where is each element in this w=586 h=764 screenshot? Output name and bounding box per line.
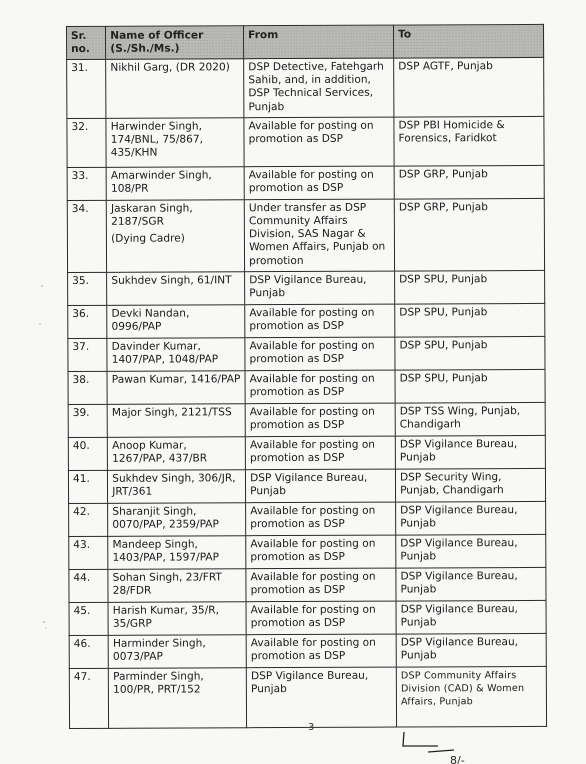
cell-from: Available for posting on promotion as DS… — [245, 337, 395, 371]
table-row: 44.Sohan Singh, 23/FRT 28/FDRAvailable f… — [69, 567, 546, 602]
table-row: 34.Jaskaran Singh, 2187/SGR(Dying Cadre)… — [67, 198, 544, 272]
signature-text: 8/- — [450, 754, 465, 764]
cell-from: Available for posting on promotion as DS… — [246, 502, 396, 536]
header-to: To — [394, 24, 544, 58]
cell-to: DSP Vigilance Bureau, Punjab — [396, 600, 546, 634]
cell-officer-name: Mandeep Singh, 1403/PAP, 1597/PAP — [108, 536, 246, 570]
cell-from: Available for posting on promotion as DS… — [246, 601, 396, 635]
cell-sr-no: 47. — [69, 668, 108, 728]
cell-officer-name: Harminder Singh, 0073/PAP — [108, 635, 246, 669]
cell-to: DSP SPU, Punjab — [395, 303, 545, 337]
cell-from: DSP Detective, Fatehgarh Sahib, and, in … — [244, 58, 394, 117]
table-row: 46.Harminder Singh, 0073/PAPAvailable fo… — [69, 633, 546, 668]
officer-name: Sharanjit Singh, 0070/PAP, 2359/PAP — [112, 505, 219, 531]
officer-name: Sohan Singh, 23/FRT 28/FDR — [113, 571, 222, 597]
cell-officer-name: Sohan Singh, 23/FRT 28/FDR — [108, 569, 246, 603]
cell-from: DSP Vigilance Bureau, Punjab — [246, 667, 396, 728]
table-row: 33.Amarwinder Singh, 108/PRAvailable for… — [67, 165, 544, 200]
cell-officer-name: Sharanjit Singh, 0070/PAP, 2359/PAP — [108, 503, 246, 537]
cell-to: DSP SPU, Punjab — [395, 270, 545, 304]
cell-from: Available for posting on promotion as DS… — [245, 403, 395, 437]
cell-from: Available for posting on promotion as DS… — [244, 117, 394, 167]
cell-sr-no: 42. — [69, 503, 108, 536]
cell-from: Available for posting on promotion as DS… — [246, 634, 396, 668]
table-row: 43.Mandeep Singh, 1403/PAP, 1597/PAPAvai… — [69, 534, 546, 569]
cell-officer-name: Harwinder Singh, 174/BNL, 75/867, 435/KH… — [106, 118, 244, 168]
header-from: From — [244, 25, 394, 59]
table-row: 47.Parminder Singh, 100/PR, PRT/152DSP V… — [69, 666, 546, 728]
cell-from: Available for posting on promotion as DS… — [246, 535, 396, 569]
cell-sr-no: 35. — [68, 272, 107, 305]
cell-sr-no: 44. — [69, 569, 108, 602]
cell-from: Available for posting on promotion as DS… — [244, 166, 394, 200]
cell-sr-no: 31. — [67, 59, 106, 118]
cell-to: DSP AGTF, Punjab — [394, 57, 544, 116]
table-header-row: Sr. no. Name of Officer (S./Sh./Ms.) Fro… — [67, 24, 544, 59]
officer-name: Amarwinder Singh, 108/PR — [111, 169, 212, 195]
cell-from: Available for posting on promotion as DS… — [245, 436, 395, 470]
officer-name: Devki Nandan, 0996/PAP — [111, 307, 189, 333]
cell-sr-no: 38. — [68, 371, 107, 404]
cell-from: Available for posting on promotion as DS… — [245, 304, 395, 338]
cell-sr-no: 37. — [68, 338, 107, 371]
transfer-table: Sr. no. Name of Officer (S./Sh./Ms.) Fro… — [66, 24, 547, 729]
cell-officer-name: Anoop Kumar, 1267/PAP, 437/BR — [108, 437, 246, 471]
cell-officer-name: Devki Nandan, 0996/PAP — [107, 305, 245, 339]
cell-to: DSP GRP, Punjab — [394, 198, 544, 271]
cell-sr-no: 36. — [68, 305, 107, 338]
officer-name: Davinder Kumar, 1407/PAP, 1048/PAP — [112, 340, 219, 366]
cell-from: DSP Vigilance Bureau, Punjab — [245, 271, 395, 305]
table-row: 36.Devki Nandan, 0996/PAPAvailable for p… — [68, 303, 545, 338]
cell-officer-name: Jaskaran Singh, 2187/SGR(Dying Cadre) — [106, 200, 244, 273]
officer-name: Pawan Kumar, 1416/PAP — [112, 373, 241, 386]
cell-from: Available for posting on promotion as DS… — [246, 568, 396, 602]
cell-to: DSP Vigilance Bureau, Punjab — [396, 567, 546, 601]
cell-from: Under transfer as DSP Community Affairs … — [244, 199, 394, 272]
table-row: 40.Anoop Kumar, 1267/PAP, 437/BRAvailabl… — [68, 435, 545, 470]
officer-name: Sukhdev Singh, 61/INT — [111, 274, 231, 287]
table-row: 35.Sukhdev Singh, 61/INTDSP Vigilance Bu… — [68, 270, 545, 305]
cell-to: DSP PBI Homicide & Forensics, Faridkot — [394, 116, 544, 166]
cell-officer-name: Nikhil Garg, (DR 2020) — [106, 59, 244, 118]
table-body: 31.Nikhil Garg, (DR 2020)DSP Detective, … — [67, 57, 547, 728]
officer-name: Sukhdev Singh, 306/JR, JRT/361 — [112, 472, 235, 498]
officer-name: Anoop Kumar, 1267/PAP, 437/BR — [112, 439, 207, 465]
table-row: 45.Harish Kumar, 35/R, 35/GRPAvailable f… — [69, 600, 546, 635]
officer-name: Parminder Singh, 100/PR, PRT/152 — [113, 670, 204, 696]
cell-to: DSP Vigilance Bureau, Punjab — [395, 435, 545, 469]
cell-officer-name: Pawan Kumar, 1416/PAP — [107, 371, 245, 405]
cell-to: DSP TSS Wing, Punjab, Chandigarh — [395, 402, 545, 436]
officer-name: Nikhil Garg, (DR 2020) — [110, 61, 229, 74]
officer-name: Harish Kumar, 35/R, 35/GRP — [113, 604, 219, 630]
cell-to: DSP Vigilance Bureau, Punjab — [396, 534, 546, 568]
table-row: 31.Nikhil Garg, (DR 2020)DSP Detective, … — [67, 57, 544, 118]
table-row: 38.Pawan Kumar, 1416/PAPAvailable for po… — [68, 369, 545, 404]
header-officer-name: Name of Officer (S./Sh./Ms.) — [106, 26, 244, 60]
cell-officer-name: Davinder Kumar, 1407/PAP, 1048/PAP — [107, 338, 245, 372]
cell-sr-no: 43. — [69, 536, 108, 569]
document-page: Sr. no. Name of Officer (S./Sh./Ms.) Fro… — [0, 0, 586, 764]
cell-sr-no: 33. — [67, 167, 106, 200]
cell-to: DSP Vigilance Bureau, Punjab — [396, 501, 546, 535]
cell-sr-no: 46. — [69, 635, 108, 668]
signature-mark: 8/- — [398, 728, 498, 764]
cell-to: DSP Security Wing, Punjab, Chandigarh — [395, 468, 545, 502]
cell-sr-no: 39. — [68, 404, 107, 437]
header-sr-no: Sr. no. — [67, 26, 106, 59]
cell-from: DSP Vigilance Bureau, Punjab — [246, 469, 396, 503]
cell-sr-no: 45. — [69, 602, 108, 635]
cell-to: DSP SPU, Punjab — [395, 369, 545, 403]
table-row: 41.Sukhdev Singh, 306/JR, JRT/361DSP Vig… — [68, 468, 545, 503]
officer-name: Harminder Singh, 0073/PAP — [113, 637, 206, 663]
cell-sr-no: 34. — [67, 200, 107, 272]
cell-officer-name: Sukhdev Singh, 61/INT — [107, 272, 245, 306]
officer-name: Major Singh, 2121/TSS — [112, 406, 232, 419]
table-row: 32.Harwinder Singh, 174/BNL, 75/867, 435… — [67, 116, 544, 167]
cell-sr-no: 40. — [68, 437, 107, 470]
cell-officer-name: Parminder Singh, 100/PR, PRT/152 — [109, 668, 247, 729]
cell-to: DSP Community Affairs Division (CAD) & W… — [396, 666, 546, 727]
cell-officer-name: Harish Kumar, 35/R, 35/GRP — [108, 602, 246, 636]
cell-sr-no: 32. — [67, 118, 106, 167]
cell-to: DSP GRP, Punjab — [394, 165, 544, 199]
officer-name: Harwinder Singh, 174/BNL, 75/867, 435/KH… — [111, 120, 203, 159]
cell-from: Available for posting on promotion as DS… — [245, 370, 395, 404]
cell-officer-name: Major Singh, 2121/TSS — [107, 404, 245, 438]
officer-name: Mandeep Singh, 1403/PAP, 1597/PAP — [112, 538, 219, 564]
cell-to: DSP SPU, Punjab — [395, 336, 545, 370]
cell-officer-name: Amarwinder Singh, 108/PR — [106, 167, 244, 201]
officer-name: Jaskaran Singh, 2187/SGR — [111, 202, 193, 228]
table-row: 37.Davinder Kumar, 1407/PAP, 1048/PAPAva… — [68, 336, 545, 371]
cell-sr-no: 41. — [68, 470, 107, 503]
table-row: 42.Sharanjit Singh, 0070/PAP, 2359/PAPAv… — [69, 501, 546, 536]
cell-officer-name: Sukhdev Singh, 306/JR, JRT/361 — [108, 470, 246, 504]
table-row: 39.Major Singh, 2121/TSSAvailable for po… — [68, 402, 545, 437]
page-number: 3 — [308, 722, 314, 733]
officer-note: (Dying Cadre) — [111, 232, 240, 246]
cell-to: DSP Vigilance Bureau, Punjab — [396, 633, 546, 667]
